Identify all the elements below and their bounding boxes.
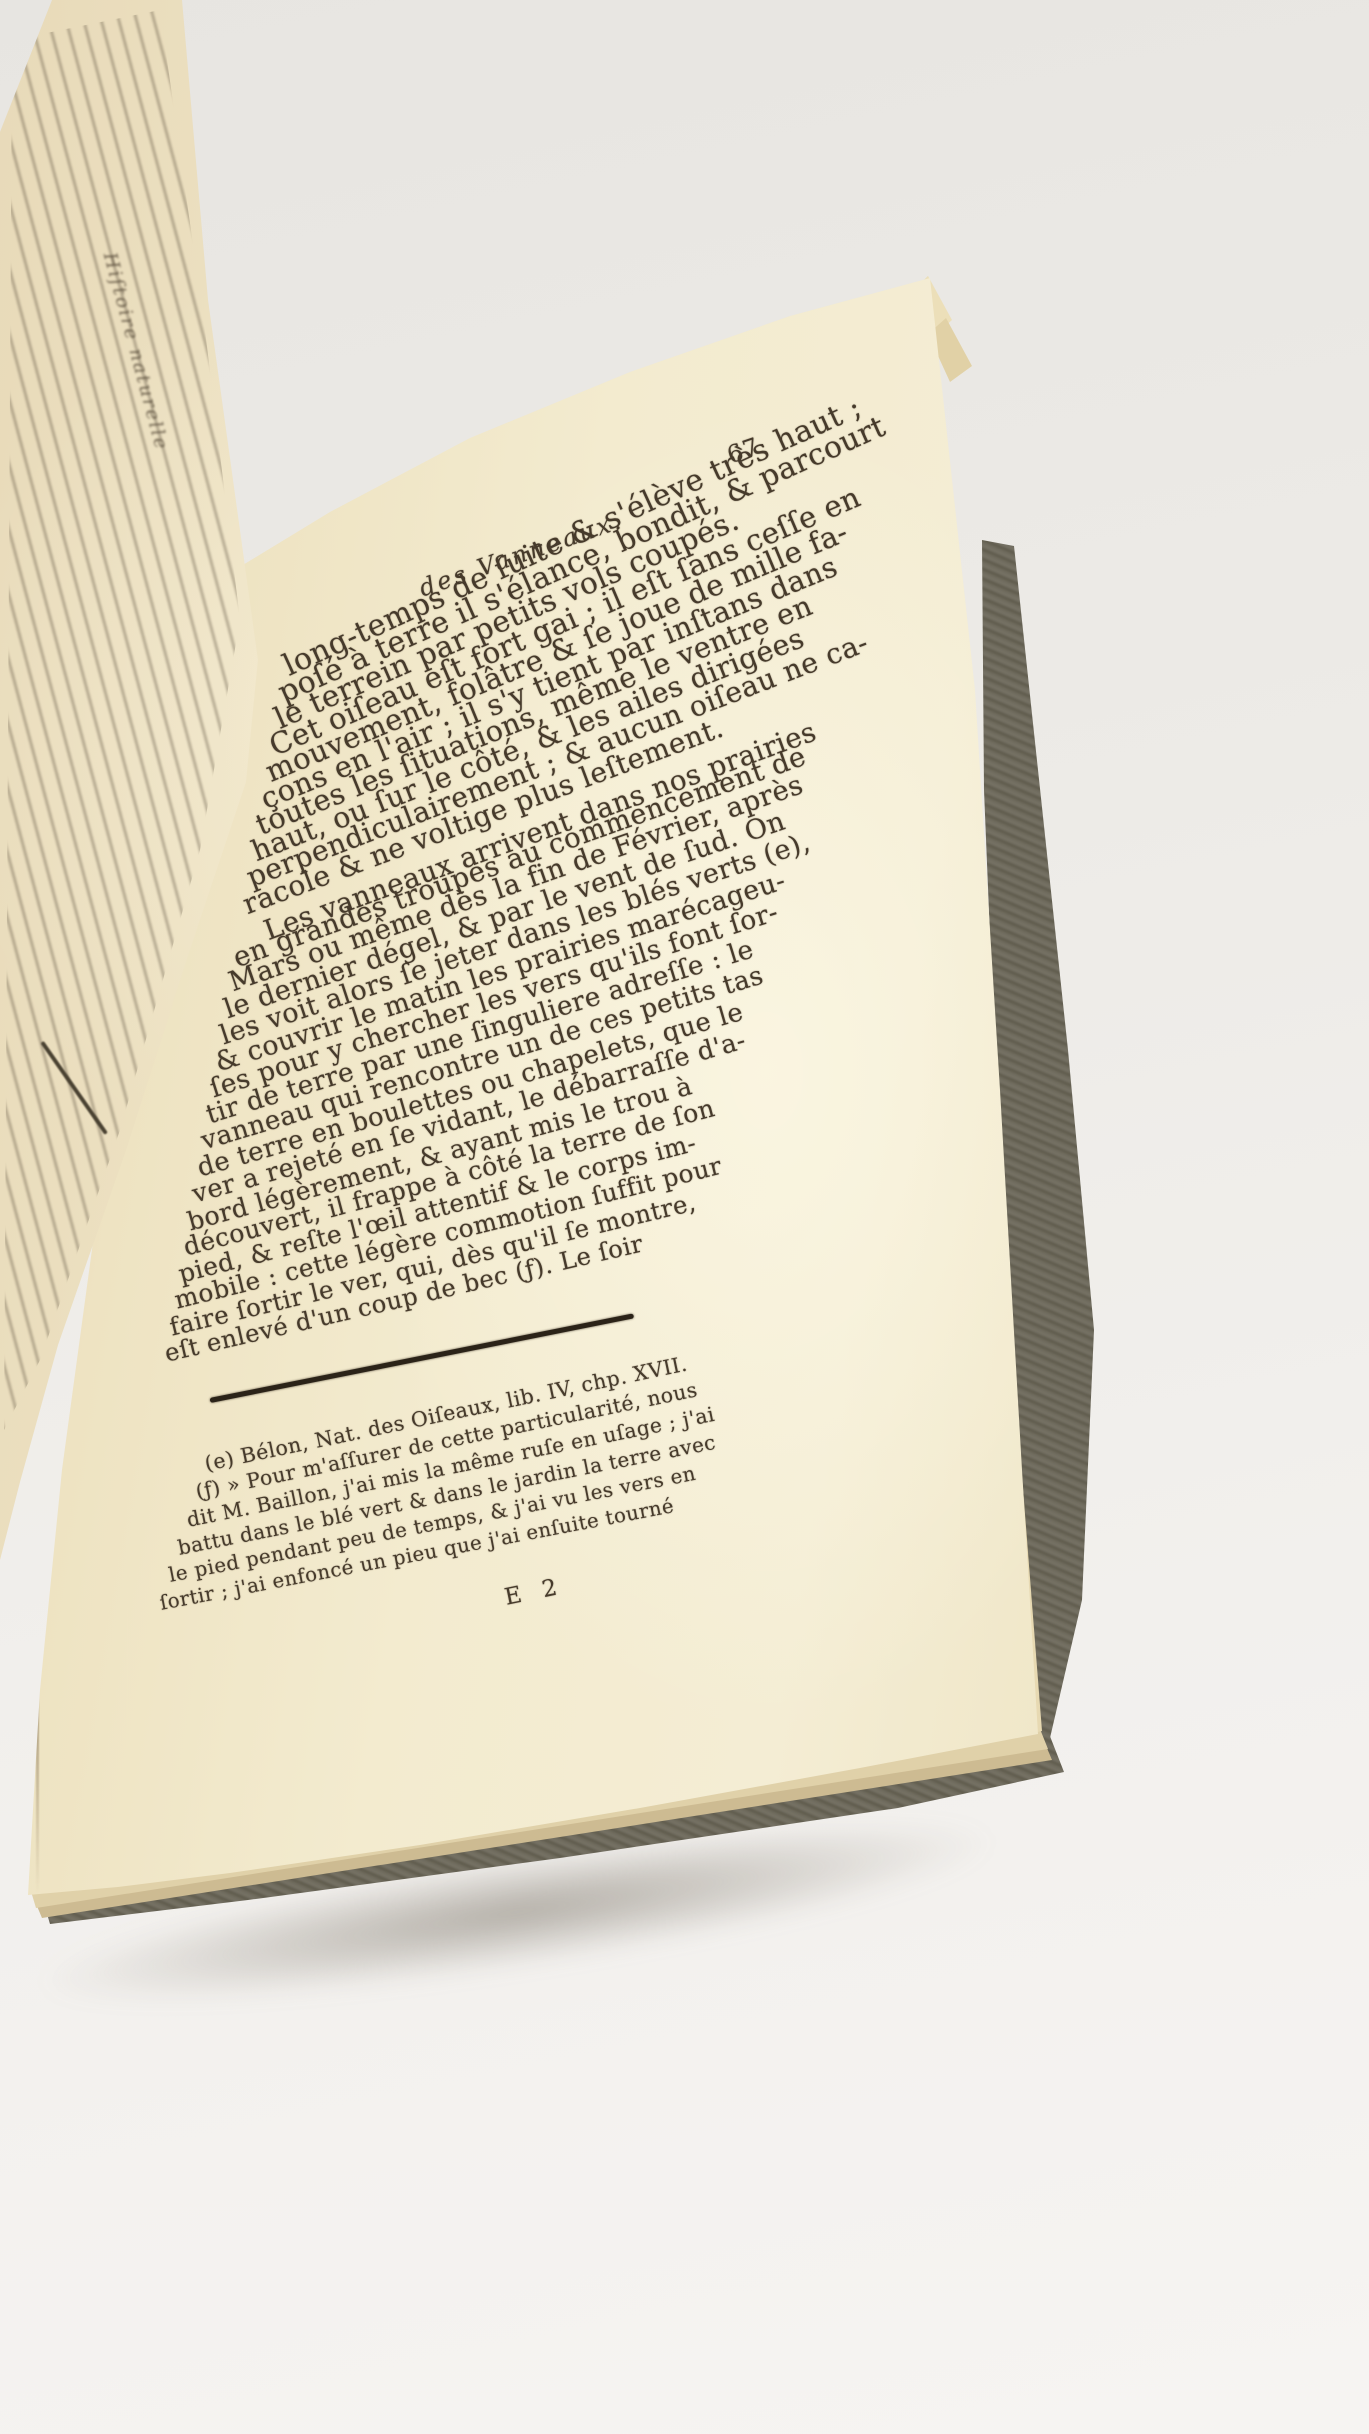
- gutter-crease: [36, 1548, 39, 1893]
- book-photo: des Vanneaux. 67 long-temps de ſuite & s…: [0, 0, 1369, 2434]
